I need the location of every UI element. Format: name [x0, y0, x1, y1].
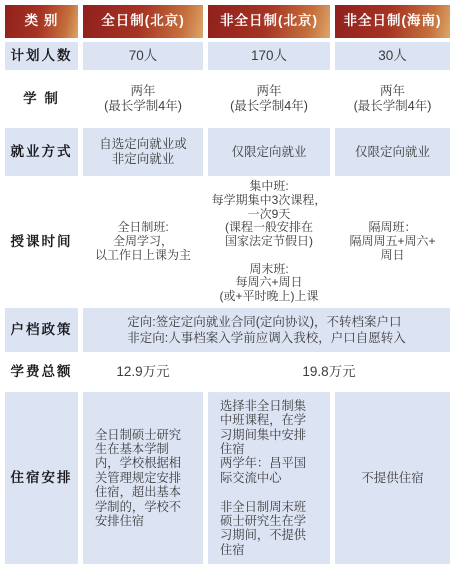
cell-tuition-parttime-merged: 19.8万元: [208, 356, 450, 388]
cell-employment-parttime-beijing: 仅限定向就业: [208, 128, 330, 176]
table-row-tuition: 学费总额 12.9万元 19.8万元: [5, 356, 450, 388]
cell-duration-parttime-hainan: 两年 (最长学制4年): [335, 74, 450, 124]
table-row-registry-policy: 户档政策 定向:签定定向就业合同(定向协议)，不转档案户口 非定向:人事档案入学…: [5, 308, 450, 352]
cell-plan-fulltime-beijing: 70人: [83, 42, 203, 70]
table-row-duration: 学 制 两年 (最长学制4年) 两年 (最长学制4年) 两年 (最长学制4年): [5, 74, 450, 124]
header-cell-category: 类 别: [5, 5, 78, 38]
header-cell-fulltime-beijing: 全日制(北京): [83, 5, 203, 38]
row-label-employment: 就业方式: [5, 128, 78, 176]
header-cell-parttime-hainan: 非全日制(海南): [335, 5, 450, 38]
registry-policy-text: 定向:签定定向就业合同(定向协议)，不转档案户口 非定向:人事档案入学前应调入我…: [127, 314, 405, 347]
table-row-housing: 住宿安排 全日制硕士研究生在基本学制内，学校根据相关管理规定安排住宿，超出基本学…: [5, 392, 450, 564]
row-label-housing: 住宿安排: [5, 392, 78, 564]
table-row-plan-count: 计划人数 70人 170人 30人: [5, 42, 450, 70]
row-label-duration: 学 制: [5, 74, 78, 124]
table-row-employment: 就业方式 自选定向就业或 非定向就业 仅限定向就业 仅限定向就业: [5, 128, 450, 176]
row-label-tuition: 学费总额: [5, 356, 78, 388]
cell-tuition-fulltime-beijing: 12.9万元: [83, 356, 203, 388]
cell-registry-policy-merged: 定向:签定定向就业合同(定向协议)，不转档案户口 非定向:人事档案入学前应调入我…: [83, 308, 450, 352]
row-label-plan-count: 计划人数: [5, 42, 78, 70]
table-row-schedule: 授课时间 全日制班: 全周学习， 以工作日上课为主 集中班: 每学期集中3次课程…: [5, 180, 450, 304]
cell-schedule-parttime-hainan: 隔周班： 隔周周五+周六+ 周日: [335, 180, 450, 304]
cell-plan-parttime-beijing: 170人: [208, 42, 330, 70]
cell-plan-parttime-hainan: 30人: [335, 42, 450, 70]
row-label-registry-policy: 户档政策: [5, 308, 78, 352]
cell-employment-parttime-hainan: 仅限定向就业: [335, 128, 450, 176]
row-label-schedule: 授课时间: [5, 180, 78, 304]
cell-schedule-fulltime-beijing: 全日制班: 全周学习， 以工作日上课为主: [83, 180, 203, 304]
cell-duration-parttime-beijing: 两年 (最长学制4年): [208, 74, 330, 124]
cell-schedule-parttime-beijing: 集中班: 每学期集中3次课程， 一次9天 (课程一般安排在 国家法定节假日) 周…: [208, 180, 330, 304]
cell-housing-parttime-hainan: 不提供住宿: [335, 392, 450, 564]
program-comparison-table: 类 别 全日制(北京) 非全日制(北京) 非全日制(海南) 计划人数 70人 1…: [0, 0, 455, 569]
cell-duration-fulltime-beijing: 两年 (最长学制4年): [83, 74, 203, 124]
cell-employment-fulltime-beijing: 自选定向就业或 非定向就业: [83, 128, 203, 176]
cell-housing-parttime-beijing: 选择非全日制集中班课程，在学习期间集中安排住宿 两学年：昌平国际交流中心 非全日…: [208, 392, 330, 564]
table-header-row: 类 别 全日制(北京) 非全日制(北京) 非全日制(海南): [5, 5, 450, 38]
header-cell-parttime-beijing: 非全日制(北京): [208, 5, 330, 38]
cell-housing-fulltime-beijing: 全日制硕士研究生在基本学制内，学校根据相关管理规定安排住宿，超出基本学制的，学校…: [83, 392, 203, 564]
